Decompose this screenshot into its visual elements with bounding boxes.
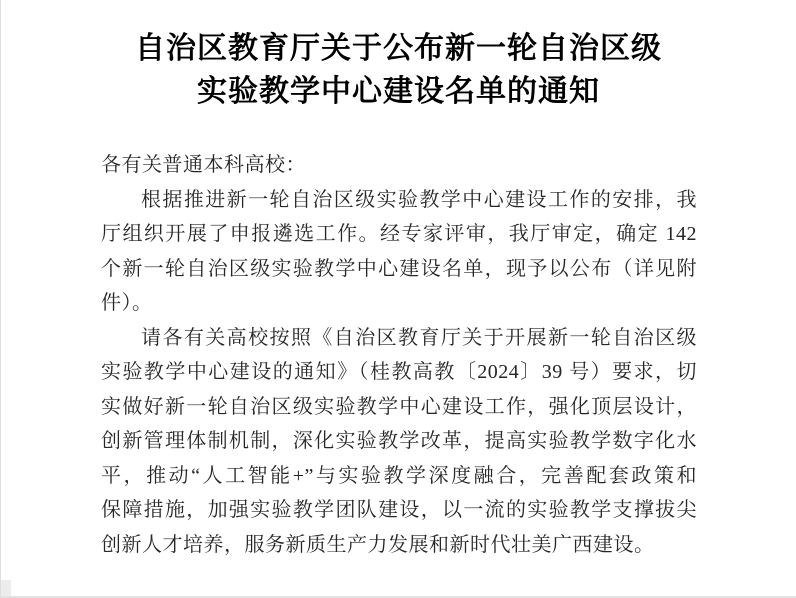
body-line: 根据推进新一轮自治区级实验教学中心建设工作的安排，我 (101, 183, 697, 218)
body-line: 厅组织开展了申报遴选工作。经专家评审，我厅审定，确定 142 (101, 217, 697, 252)
body-line: 请各有关高校按照《自治区教育厅关于开展新一轮自治区级 (101, 321, 697, 356)
body-line: 实验教学中心建设的通知》（桂教高教〔2024〕39 号）要求，切 (101, 355, 697, 390)
notice-title: 自治区教育厅关于公布新一轮自治区级 实验教学中心建设名单的通知 (1, 0, 796, 113)
body-line: 保障措施，加强实验教学团队建设，以一流的实验教学支撑拔尖 (101, 493, 697, 528)
body-line: 个新一轮自治区级实验教学中心建设名单，现予以公布（详见附 (101, 252, 697, 287)
salutation: 各有关普通本科高校： (101, 148, 697, 183)
body-line: 创新人才培养，服务新质生产力发展和新时代壮美广西建设。 (101, 528, 697, 563)
body-line: 件）。 (101, 286, 697, 321)
page-corner-shade (1, 580, 11, 596)
notice-title-line-2: 实验教学中心建设名单的通知 (1, 70, 796, 113)
body-line: 实做好新一轮自治区级实验教学中心建设工作，强化顶层设计， (101, 390, 697, 425)
body-line: 创新管理体制机制，深化实验教学改革，提高实验教学数字化水 (101, 424, 697, 459)
notice-body: 各有关普通本科高校： 根据推进新一轮自治区级实验教学中心建设工作的安排，我 厅组… (101, 148, 697, 562)
body-line: 平，推动“人工智能+”与实验教学深度融合，完善配套政策和 (101, 459, 697, 494)
document-page: 自治区教育厅关于公布新一轮自治区级 实验教学中心建设名单的通知 各有关普通本科高… (0, 0, 796, 598)
notice-title-line-1: 自治区教育厅关于公布新一轮自治区级 (1, 27, 796, 70)
